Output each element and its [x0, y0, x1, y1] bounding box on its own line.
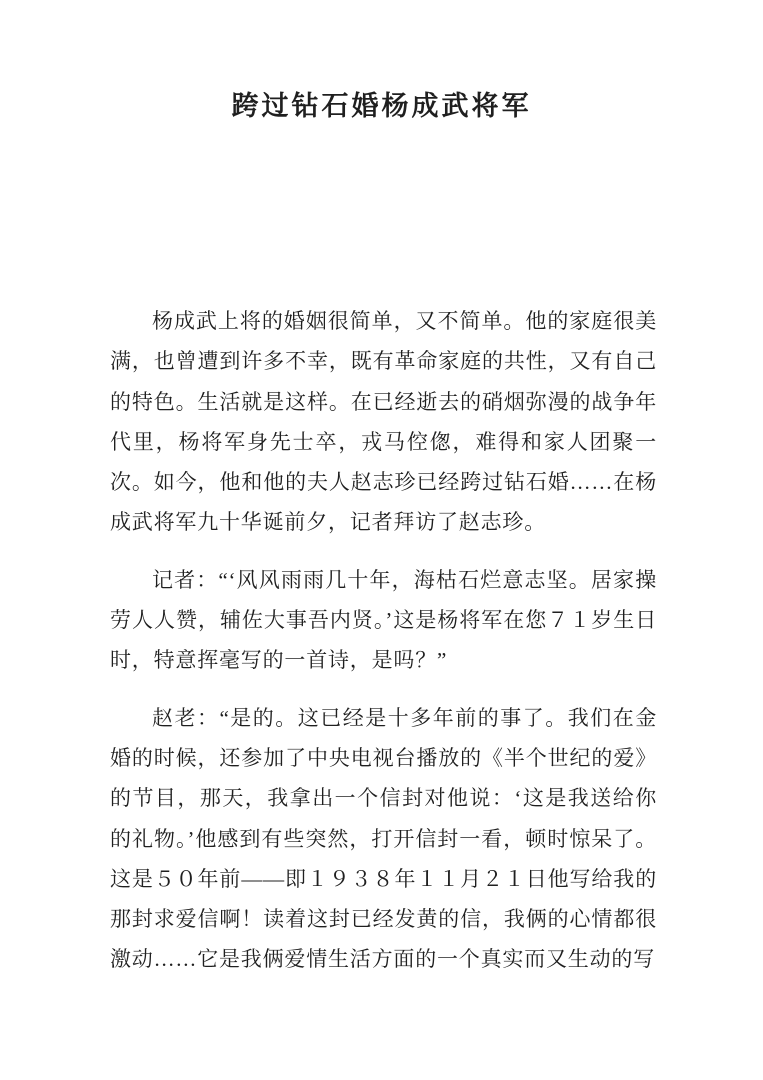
- paragraph-intro: 杨成武上将的婚姻很简单，又不简单。他的家庭很美满，也曾遭到许多不幸，既有革命家庭…: [110, 301, 657, 543]
- paragraph-zhao-answer: 赵老：“是的。这已经是十多年前的事了。我们在金婚的时候，还参加了中央电视台播放的…: [110, 698, 657, 980]
- document-body: 杨成武上将的婚姻很简单，又不简单。他的家庭很美满，也曾遭到许多不幸，既有革命家庭…: [110, 301, 657, 997]
- paragraph-reporter-question: 记者：“‘风风雨雨几十年，海枯石烂意志坚。居家操劳人人赞，辅佐大事吾内贤。’这是…: [110, 560, 657, 681]
- document-title: 跨过钻石婚杨成武将军: [0, 88, 763, 124]
- document-page: 跨过钻石婚杨成武将军 杨成武上将的婚姻很简单，又不简单。他的家庭很美满，也曾遭到…: [0, 0, 763, 1080]
